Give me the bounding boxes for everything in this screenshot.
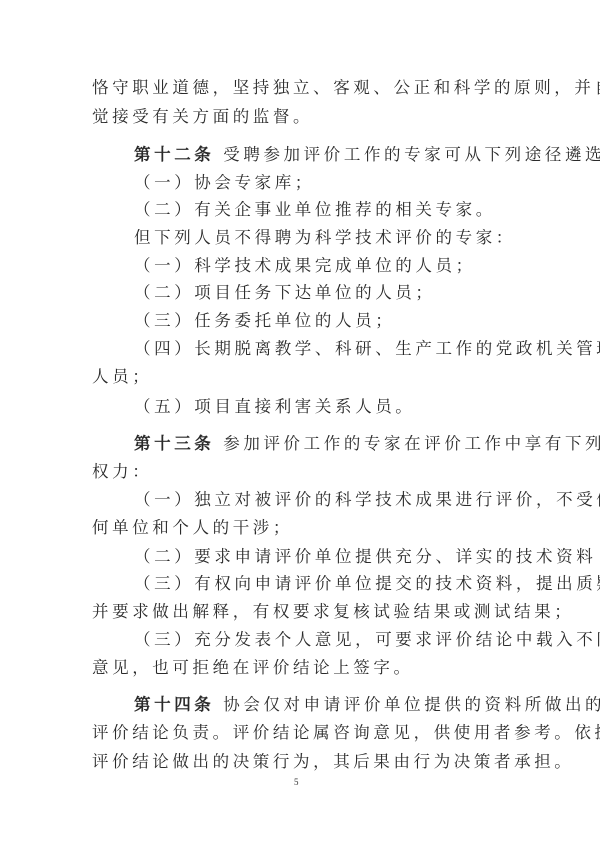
list-item: （二）项目任务下达单位的人员； <box>134 283 558 303</box>
document-page: 恪守职业道德，坚持独立、客观、公正和科学的原则，并自 觉接受有关方面的监督。 第… <box>0 0 600 848</box>
article-14-heading: 第十四条 协会仅对申请评价单位提供的资料所做出的 <box>134 695 558 715</box>
list-item: （一）独立对被评价的科学技术成果进行评价，不受任 <box>134 490 558 510</box>
list-item: （二）有关企事业单位推荐的相关专家。 <box>134 200 558 220</box>
article-text: 参加评价工作的专家在评价工作中享有下列 <box>214 434 600 453</box>
list-item: （一）协会专家库； <box>134 173 558 193</box>
article-text: 受聘参加评价工作的专家可从下列途径遴选： <box>214 145 600 164</box>
list-item: （四）长期脱离教学、科研、生产工作的党政机关管理 <box>134 339 558 359</box>
page-number: 5 <box>294 776 299 788</box>
list-item: （三）任务委托单位的人员； <box>134 311 558 331</box>
article-12-heading: 第十二条 受聘参加评价工作的专家可从下列途径遴选： <box>134 145 558 165</box>
list-item: （三）充分发表个人意见，可要求评价结论中载入不同 <box>134 630 558 650</box>
text-line: 但下列人员不得聘为科学技术评价的专家： <box>134 228 558 248</box>
article-number: 第十二条 <box>134 145 214 164</box>
article-number: 第十四条 <box>134 695 214 714</box>
article-text: 协会仅对申请评价单位提供的资料所做出的 <box>214 695 600 714</box>
article-13-heading: 第十三条 参加评价工作的专家在评价工作中享有下列 <box>134 434 558 454</box>
text-line: 意见，也可拒绝在评价结论上签字。 <box>92 658 516 678</box>
list-item: （二）要求申请评价单位提供充分、详实的技术资料 <box>134 547 558 567</box>
text-line: 觉接受有关方面的监督。 <box>92 107 516 127</box>
list-item: （三）有权向申请评价单位提交的技术资料，提出质疑 <box>134 574 558 594</box>
text-line: 评价结论做出的决策行为，其后果由行为决策者承担。 <box>92 752 516 772</box>
article-number: 第十三条 <box>134 434 214 453</box>
text-line: 恪守职业道德，坚持独立、客观、公正和科学的原则，并自 <box>92 78 516 98</box>
list-item: （五）项目直接利害关系人员。 <box>134 397 558 417</box>
text-line: 权力： <box>92 462 516 482</box>
text-line: 人员； <box>92 367 516 387</box>
text-line: 并要求做出解释，有权要求复核试验结果或测试结果； <box>92 602 516 622</box>
text-line: 评价结论负责。评价结论属咨询意见，供使用者参考。依据 <box>92 723 516 743</box>
list-item: （一）科学技术成果完成单位的人员； <box>134 256 558 276</box>
text-line: 何单位和个人的干涉； <box>92 518 516 538</box>
